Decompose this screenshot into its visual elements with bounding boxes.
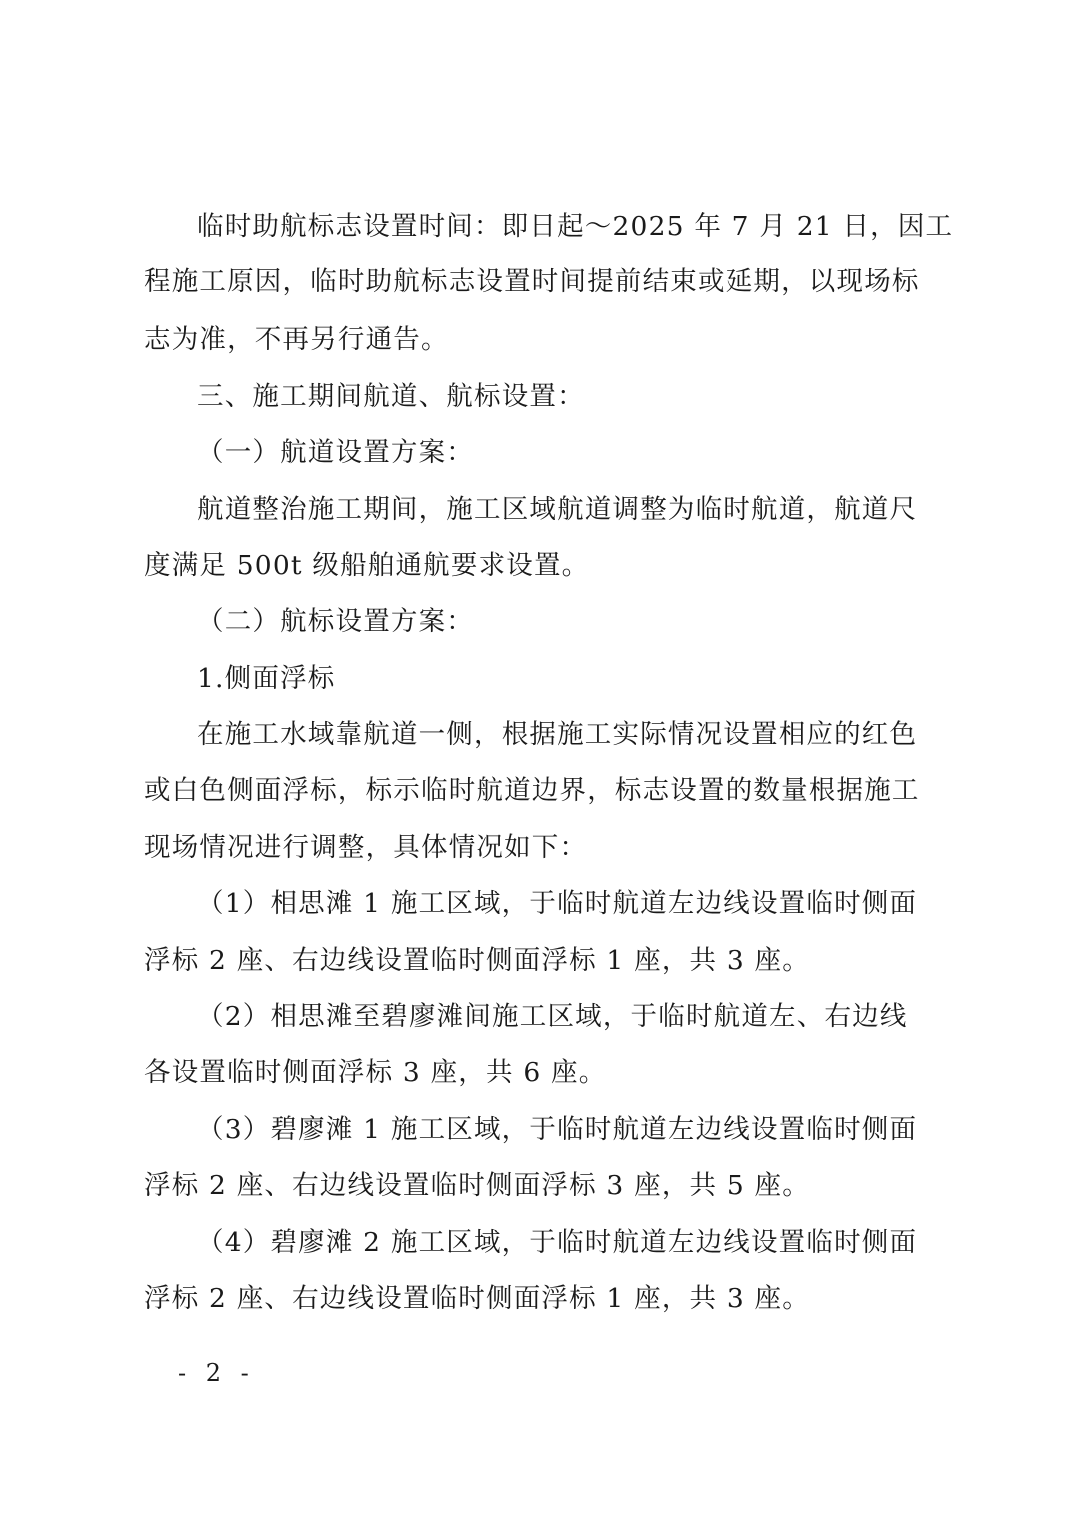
list-item-4-line-1: （4）碧廖滩 2 施工区域，于临时航道左边线设置临时侧面: [197, 1226, 997, 1260]
list-item-3-line-2: 浮标 2 座、右边线设置临时侧面浮标 3 座，共 5 座。: [144, 1169, 944, 1203]
document-page: 临时助航标志设置时间：即日起～2025 年 7 月 21 日，因工 程施工原因，…: [0, 0, 1080, 1527]
list-item-1-line-2: 浮标 2 座、右边线设置临时侧面浮标 1 座，共 3 座。: [144, 944, 944, 978]
subheading-buoy-plan: （二）航标设置方案：: [197, 605, 997, 639]
list-item-2-line-1: （2）相思滩至碧廖滩间施工区域，于临时航道左、右边线: [197, 1000, 997, 1034]
list-item-2-line-2: 各设置临时侧面浮标 3 座，共 6 座。: [144, 1056, 944, 1090]
section-heading-3: 三、施工期间航道、航标设置：: [197, 380, 997, 414]
para-channel-line-1: 航道整治施工期间，施工区域航道调整为临时航道，航道尺: [197, 493, 997, 527]
list-item-3-line-1: （3）碧廖滩 1 施工区域，于临时航道左边线设置临时侧面: [197, 1113, 997, 1147]
para-buoy-line-3: 现场情况进行调整，具体情况如下：: [144, 831, 944, 865]
para-time-line-2: 程施工原因，临时助航标志设置时间提前结束或延期，以现场标: [144, 265, 944, 299]
para-channel-line-2: 度满足 500t 级船舶通航要求设置。: [144, 549, 944, 583]
list-item-4-line-2: 浮标 2 座、右边线设置临时侧面浮标 1 座，共 3 座。: [144, 1282, 944, 1316]
subheading-channel-plan: （一）航道设置方案：: [197, 436, 997, 470]
para-time-line-1: 临时助航标志设置时间：即日起～2025 年 7 月 21 日，因工: [197, 210, 997, 244]
page-number: - 2 -: [178, 1356, 255, 1390]
para-buoy-line-1: 在施工水域靠航道一侧，根据施工实际情况设置相应的红色: [197, 718, 997, 752]
para-buoy-line-2: 或白色侧面浮标，标示临时航道边界，标志设置的数量根据施工: [144, 774, 944, 808]
list-item-1-line-1: （1）相思滩 1 施工区域，于临时航道左边线设置临时侧面: [197, 887, 997, 921]
para-time-line-3: 志为准，不再另行通告。: [144, 323, 944, 357]
item-heading-side-buoy: 1.侧面浮标: [197, 662, 997, 696]
